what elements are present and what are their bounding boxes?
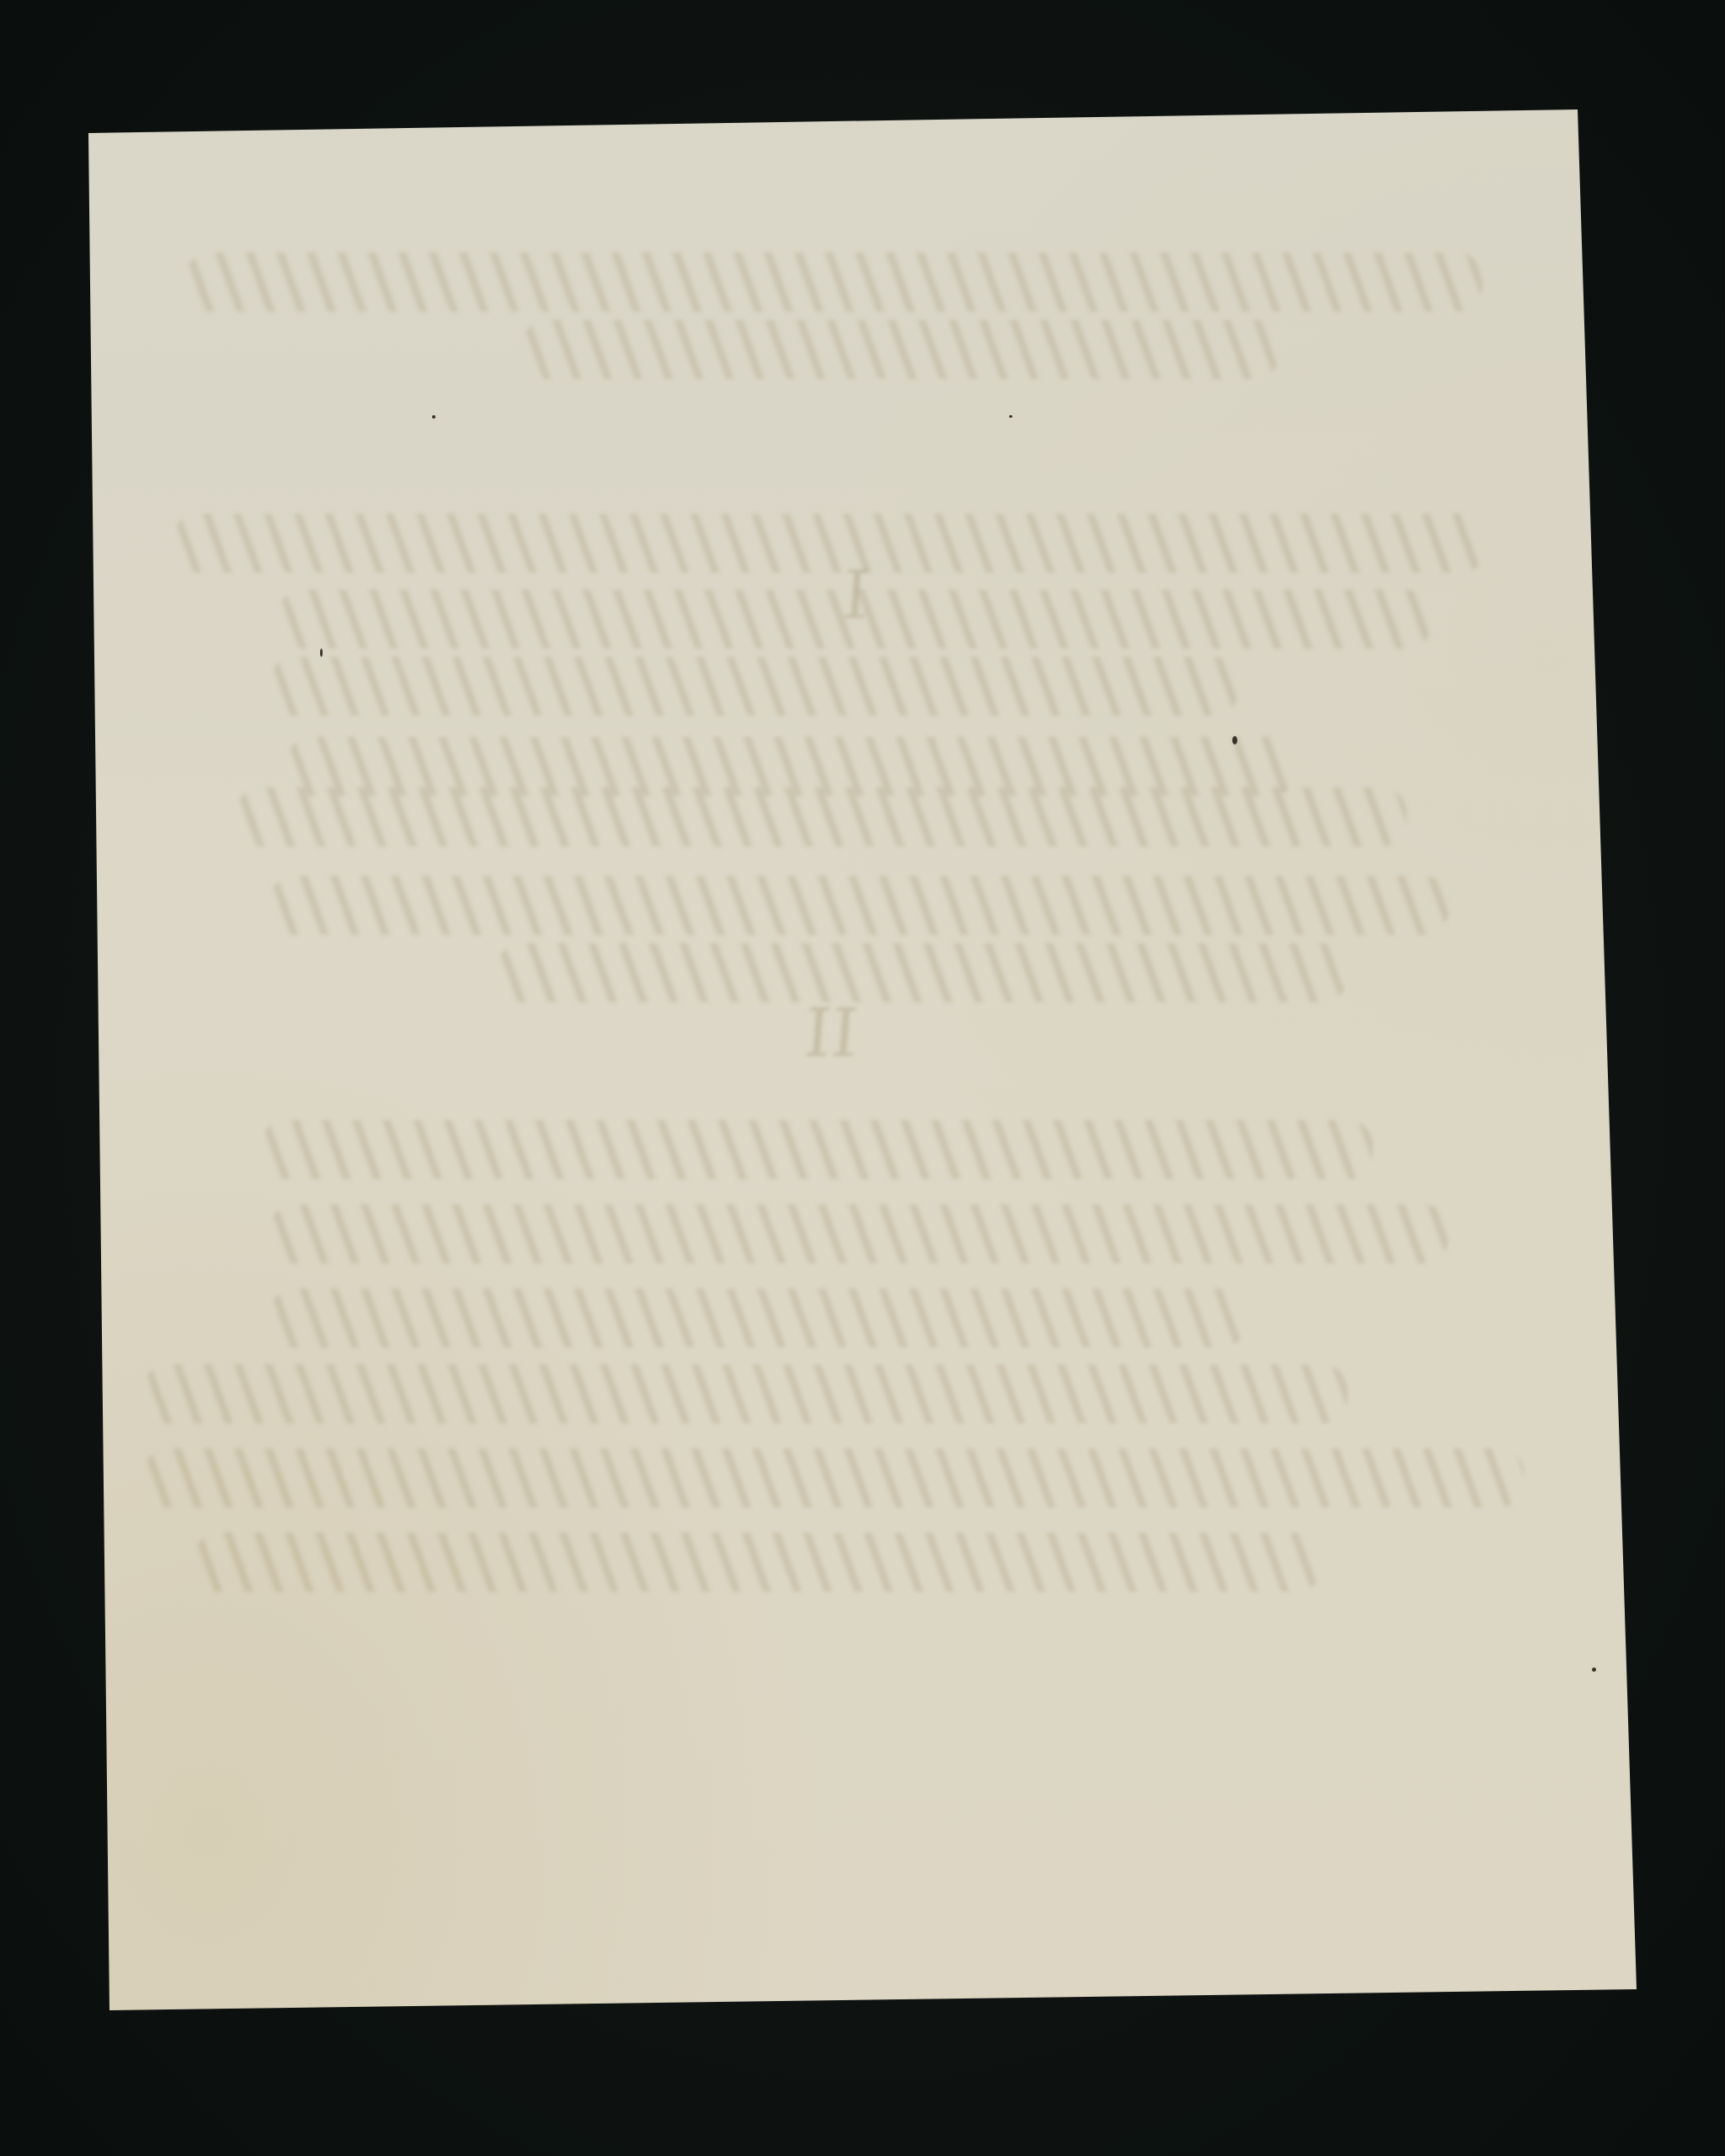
ink-speck bbox=[432, 415, 435, 419]
ink-speck bbox=[1592, 1668, 1596, 1672]
ink-speck bbox=[1232, 736, 1237, 744]
paper-sheet bbox=[0, 0, 1725, 2156]
ink-speck bbox=[320, 648, 323, 657]
ink-speck bbox=[1009, 415, 1012, 418]
